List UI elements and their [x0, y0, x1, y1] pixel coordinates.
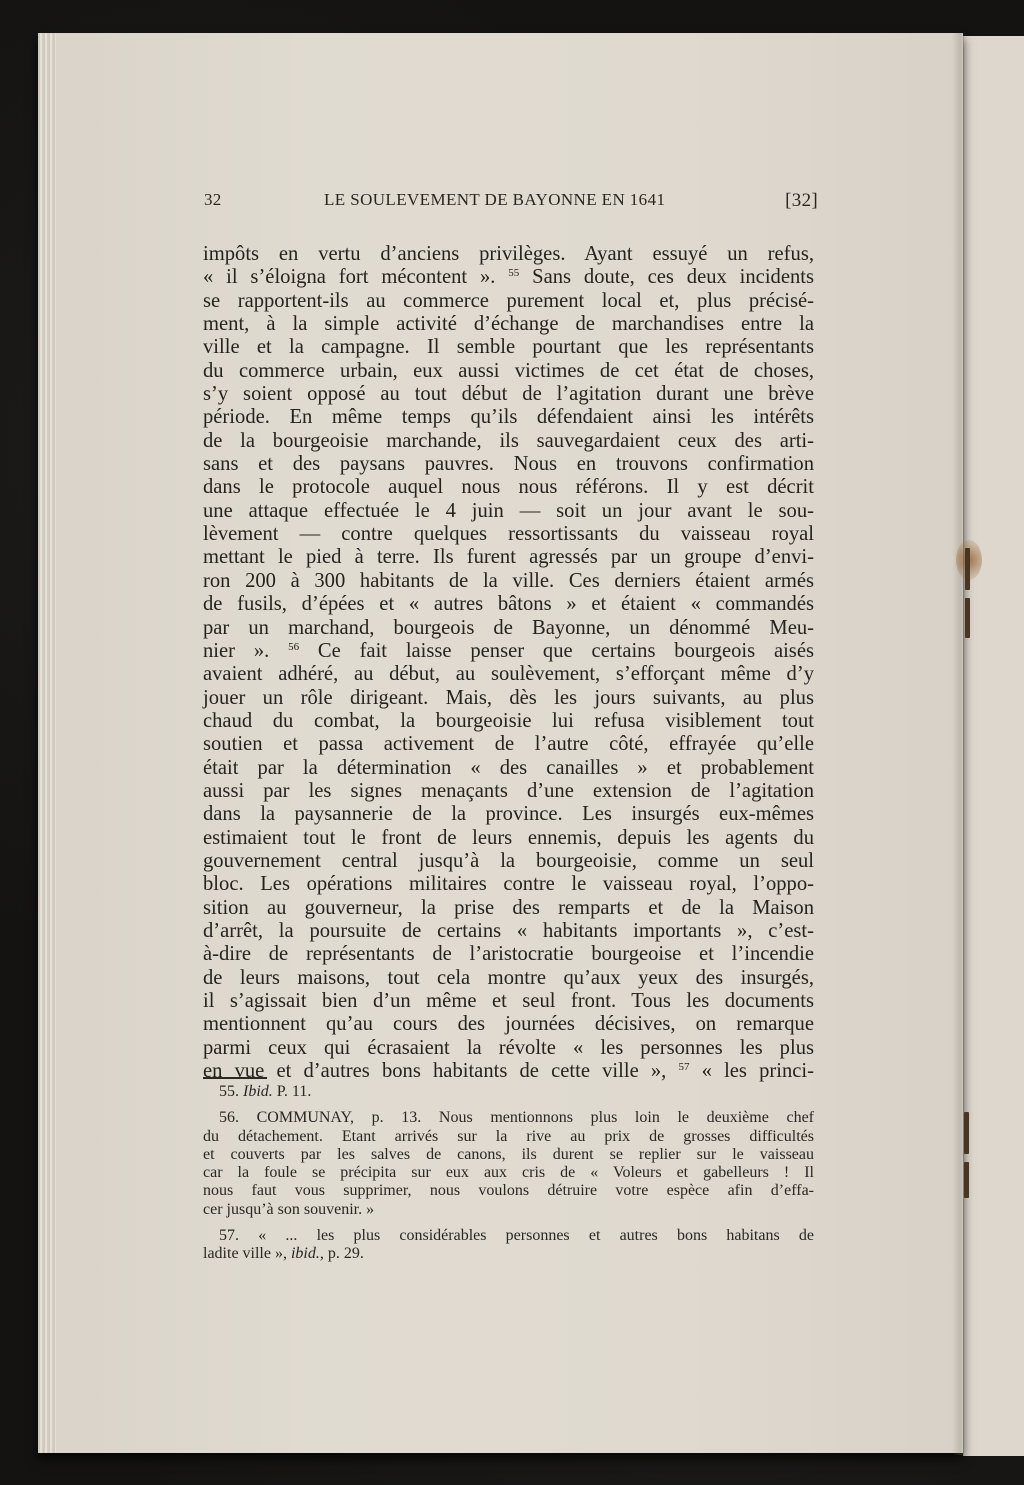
text-line: avaient adhéré, au début, au soulèvement… [203, 663, 814, 686]
bracket-page-number: [32] [785, 190, 818, 212]
text-line: sans et des paysans pauvres. Nous en tro… [203, 453, 814, 476]
text-line: d’arrêt, la poursuite de certains « habi… [203, 920, 814, 943]
text-line: nier ». 56 Ce fait laisse penser que cer… [203, 640, 814, 663]
footnote-ref-57[interactable]: 57 [678, 1061, 689, 1073]
text-line: « il s’éloigna fort mécontent ». 55 Sans… [203, 266, 814, 289]
text-line: ville et la campagne. Il semble pourtant… [203, 336, 814, 359]
gutter-shadow [952, 33, 966, 1455]
footnote-ref-56[interactable]: 56 [288, 641, 299, 653]
running-title: LE SOULEVEMENT DE BAYONNE EN 1641 [324, 190, 665, 210]
body-text: impôts en vertu d’anciens privilèges. Ay… [203, 243, 814, 1083]
text-line: à-dire de représentants de l’aristocrati… [203, 943, 814, 966]
text-line: s’y soient opposé au tout début de l’agi… [203, 383, 814, 406]
text-line: dans la paysannerie de la province. Les … [203, 803, 814, 826]
text-line: il s’agissait bien d’un même et seul fro… [203, 990, 814, 1013]
staple-mark [964, 1112, 969, 1154]
text-line: jouer un rôle dirigeant. Mais, dès les j… [203, 687, 814, 710]
footnote-57: 57. « ... les plus considérables personn… [203, 1227, 814, 1264]
text-line: se rapportent-ils au commerce purement l… [203, 290, 814, 313]
text-line: estimaient tout le front de leurs ennemi… [203, 827, 814, 850]
page-stack-edges [38, 33, 56, 1453]
staple-mark [965, 548, 970, 590]
text-line: ment, à la simple activité d’échange de … [203, 313, 814, 336]
text-line: bloc. Les opérations militaires contre l… [203, 873, 814, 896]
text-line: était par la détermination « des canaill… [203, 757, 814, 780]
text-line: aussi par les signes menaçants d’une ext… [203, 780, 814, 803]
text-line: parmi ceux qui écrasaient la révolte « l… [203, 1037, 814, 1060]
footnote-ref-55[interactable]: 55 [508, 267, 519, 279]
text-line: sition au gouverneur, la prise des rempa… [203, 897, 814, 920]
staple-mark [965, 598, 970, 638]
text-line: mettant le pied à terre. Ils furent agre… [203, 546, 814, 569]
text-line: soutien et passa activement de l’autre c… [203, 733, 814, 756]
running-head: 32 LE SOULEVEMENT DE BAYONNE EN 1641 [32… [204, 190, 818, 214]
text-line: du commerce urbain, eux aussi victimes d… [203, 360, 814, 383]
text-line: mentionnent qu’au cours des journées déc… [203, 1013, 814, 1036]
text-line: ron 200 à 300 habitants de la ville. Ces… [203, 570, 814, 593]
text-line: lèvement — contre quelques ressortissant… [203, 523, 814, 546]
text-line: chaud du combat, la bourgeoisie lui refu… [203, 710, 814, 733]
footnotes: 55. Ibid. P. 11. 56. COMMUNAY, p. 13. No… [203, 1083, 814, 1264]
text-line: gouvernement central jusqu’à la bourgeoi… [203, 850, 814, 873]
text-line: de la bourgeoisie marchande, ils sauvega… [203, 430, 814, 453]
footnote-rule [203, 1077, 267, 1079]
footnote-55: 55. Ibid. P. 11. [203, 1083, 814, 1101]
footnote-56: 56. COMMUNAY, p. 13. Nous mentionnons pl… [203, 1109, 814, 1219]
text-line: en vue et d’autres bons habitants de cet… [203, 1060, 814, 1083]
text-line: par un marchand, bourgeois de Bayonne, u… [203, 617, 814, 640]
text-line: impôts en vertu d’anciens privilèges. Ay… [203, 243, 814, 266]
text-line: de leurs maisons, tout cela montre qu’au… [203, 967, 814, 990]
staple-mark [964, 1162, 969, 1198]
text-line: dans le protocole auquel nous nous référ… [203, 476, 814, 499]
page-number: 32 [204, 190, 222, 210]
text-line: de fusils, d’épées et « autres bâtons » … [203, 593, 814, 616]
text-line: une attaque effectuée le 4 juin — soit u… [203, 500, 814, 523]
adjacent-page-edge [963, 36, 1024, 1456]
text-line: période. En même temps qu’ils défendaien… [203, 406, 814, 429]
